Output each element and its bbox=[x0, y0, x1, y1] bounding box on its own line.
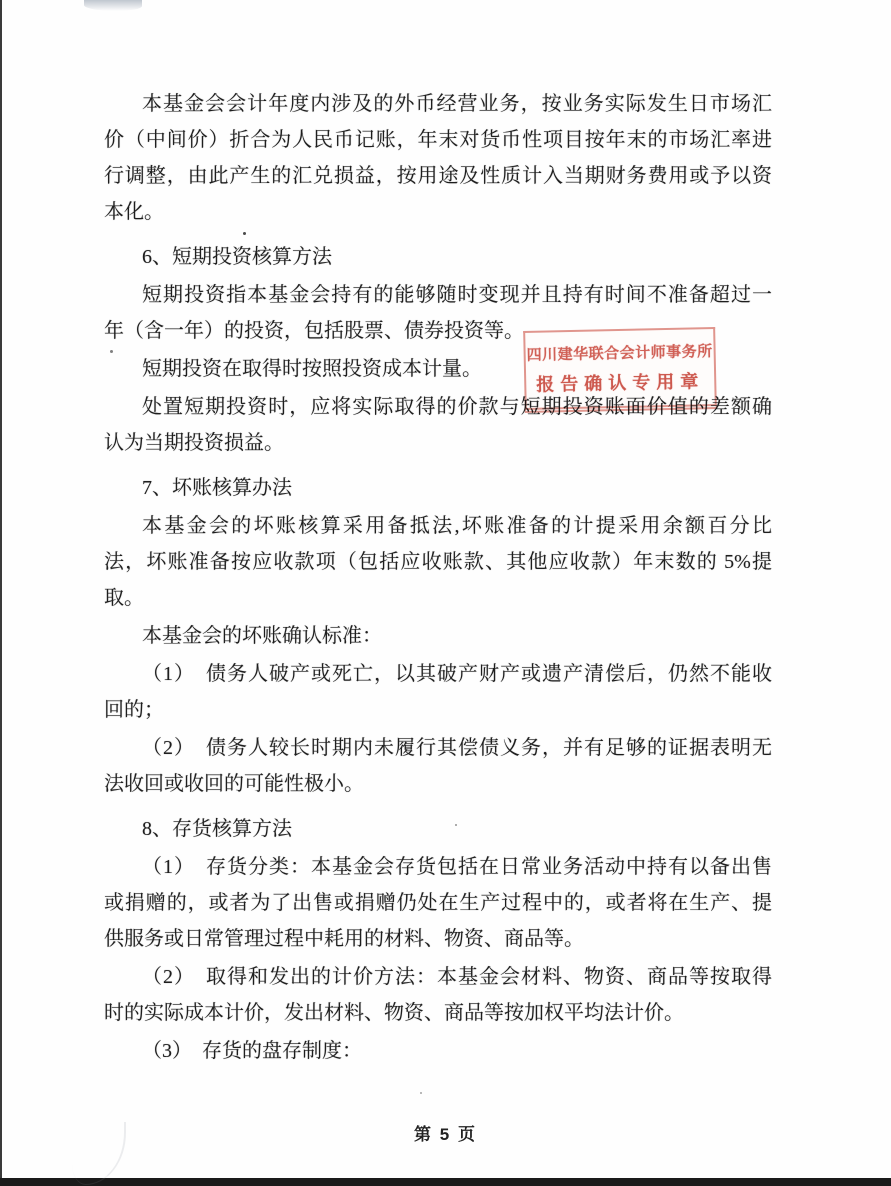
text-line: （2） 债务人较长时期内未履行其偿债义务，并有足够的证据表明无 bbox=[104, 730, 772, 766]
paragraph: 本基金会的坏账确认标准： bbox=[104, 618, 772, 654]
text-line: 回的； bbox=[104, 692, 772, 728]
paragraph: 本基金会会计年度内涉及的外币经营业务，按业务实际发生日市场汇价（中间价）折合为人… bbox=[104, 86, 772, 230]
text-line: 短期投资指本基金会持有的能够随时变现并且持有时间不准备超过一 bbox=[104, 277, 772, 313]
left-edge-shadow bbox=[0, 0, 2, 1186]
paragraph: 本基金会的坏账核算采用备抵法,坏账准备的计提采用余额百分比法，坏账准备按应收款项… bbox=[104, 508, 772, 616]
text-line: 本基金会会计年度内涉及的外币经营业务，按业务实际发生日市场汇 bbox=[104, 86, 772, 122]
text-line: （1） 存货分类：本基金会存货包括在日常业务活动中持有以备出售 bbox=[104, 849, 772, 885]
text-line: 8、存货核算方法 bbox=[104, 811, 772, 847]
stamp-seal-title: 报告确认专用章 bbox=[536, 367, 705, 397]
paragraph: （1） 债务人破产或死亡，以其破产财产或遗产清偿后，仍然不能收回的； bbox=[104, 656, 772, 728]
text-line: 法，坏账准备按应收款项（包括应收账款、其他应收款）年末数的 5%提 bbox=[104, 544, 772, 580]
text-line: 本基金会的坏账确认标准： bbox=[104, 618, 772, 654]
text-line: 本基金会的坏账核算采用备抵法,坏账准备的计提采用余额百分比 bbox=[104, 508, 772, 544]
section-heading: 7、坏账核算办法 bbox=[104, 470, 772, 506]
text-line: 7、坏账核算办法 bbox=[104, 470, 772, 506]
paragraph: （2） 取得和发出的计价方法：本基金会材料、物资、商品等按取得时的实际成本计价，… bbox=[104, 959, 772, 1031]
report-confirmation-stamp: 四川建华联合会计师事务所 报告确认专用章 bbox=[523, 327, 717, 413]
text-line: 6、短期投资核算方法 bbox=[104, 239, 772, 275]
text-line: （2） 取得和发出的计价方法：本基金会材料、物资、商品等按取得 bbox=[104, 959, 772, 995]
text-line: 法收回或收回的可能性极小。 bbox=[104, 766, 772, 802]
text-line: 价（中间价）折合为人民币记账，年末对货币性项目按年末的市场汇率进 bbox=[104, 122, 772, 158]
paragraph: （1） 存货分类：本基金会存货包括在日常业务活动中持有以备出售或捐赠的，或者为了… bbox=[104, 849, 772, 957]
text-line: 认为当期投资损益。 bbox=[104, 425, 772, 461]
scanned-page: 本基金会会计年度内涉及的外币经营业务，按业务实际发生日市场汇价（中间价）折合为人… bbox=[0, 0, 891, 1186]
section-heading: 8、存货核算方法 bbox=[104, 811, 772, 847]
text-line: （3） 存货的盘存制度： bbox=[104, 1033, 772, 1069]
page-number: 第 5 页 bbox=[0, 1120, 891, 1145]
stamp-firm-name: 四川建华联合会计师事务所 bbox=[526, 340, 712, 365]
section-heading: 6、短期投资核算方法 bbox=[104, 239, 772, 275]
text-line: 供服务或日常管理过程中耗用的材料、物资、商品等。 bbox=[104, 921, 772, 957]
text-line: 或捐赠的，或者为了出售或捐赠仍处在生产过程中的，或者将在生产、提 bbox=[104, 885, 772, 921]
text-line: 取。 bbox=[104, 580, 772, 616]
text-line: （1） 债务人破产或死亡，以其破产财产或遗产清偿后，仍然不能收 bbox=[104, 656, 772, 692]
document-body: 本基金会会计年度内涉及的外币经营业务，按业务实际发生日市场汇价（中间价）折合为人… bbox=[104, 86, 772, 1069]
paragraph: （3） 存货的盘存制度： bbox=[104, 1033, 772, 1069]
text-line: 行调整，由此产生的汇兑损益，按用途及性质计入当期财务费用或予以资 bbox=[104, 158, 772, 194]
bottom-edge-shadow bbox=[0, 1178, 891, 1186]
ink-speck bbox=[420, 1092, 422, 1094]
text-line: 时的实际成本计价，发出材料、物资、商品等按加权平均法计价。 bbox=[104, 995, 772, 1031]
paragraph: （2） 债务人较长时期内未履行其偿债义务，并有足够的证据表明无法收回或收回的可能… bbox=[104, 730, 772, 802]
scan-smudge bbox=[84, 0, 142, 11]
text-line: 本化。 bbox=[104, 194, 772, 230]
